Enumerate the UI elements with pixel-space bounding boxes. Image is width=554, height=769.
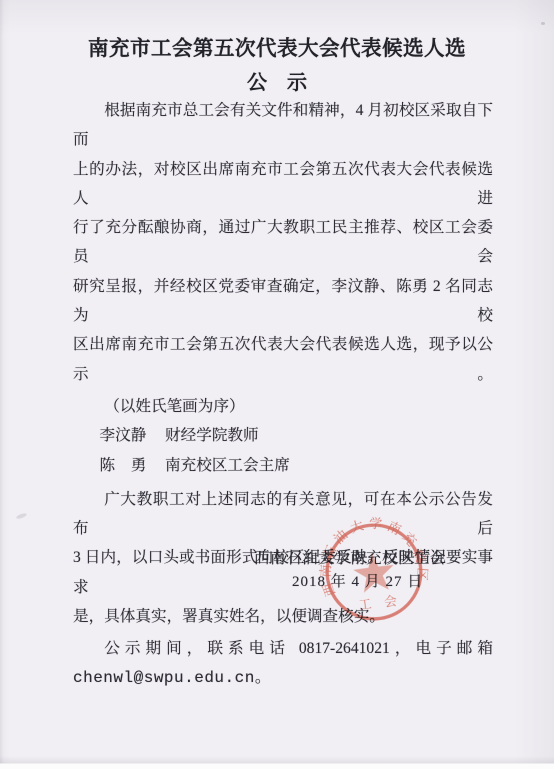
para1-line: 上的办法，对校区出席南充市工会第五次代表大会代表候选人进 — [73, 155, 493, 214]
scanned-notice-page: 南充市工会第五次代表大会代表候选人选 公 示 根据南充市总工会有关文件和精神，4… — [0, 0, 554, 769]
para1-line: 根据南充市总工会有关文件和精神，4 月初校区采取自下而 — [73, 96, 493, 155]
para1-line: 研究呈报，并经校区党委审查确定，李汶静、陈勇 2 名同志为校 — [73, 272, 493, 331]
notice-subtitle: 公 示 — [0, 70, 554, 96]
candidate-name: 陈 勇 — [100, 451, 148, 480]
seal-arc-label: 西南石油大学南充校区 — [312, 510, 434, 599]
candidate-position: 财经学院教师 — [165, 427, 259, 444]
para1-line: 行了充分酝酿协商，通过广大教职工民主推荐、校区工会委员会 — [73, 213, 493, 272]
candidate-position: 南充校区工会主席 — [165, 457, 290, 474]
para2-line: 广大教职工对上述同志的有关意见，可在本公示公告发布后 — [73, 485, 493, 544]
sort-order-note: （以姓氏笔画为序） — [73, 392, 493, 421]
candidate-row: 陈 勇 南充校区工会主席 — [73, 451, 493, 480]
candidate-row: 李汶静 财经学院教师 — [73, 421, 493, 450]
contact-email: chenwl@swpu.edu.cn。 — [73, 664, 493, 693]
official-seal: 西南石油大学南充校区 工 会 — [312, 510, 437, 635]
seal-star-icon — [351, 550, 396, 593]
contact-line: 公示期间，联系电话 0817-2641021，电子邮箱 — [73, 634, 493, 663]
para1-line: 区出席南充市工会第五次代表大会代表候选人选，现予以公示。 — [73, 330, 493, 389]
seal-bottom-label: 工 会 — [358, 593, 398, 613]
candidate-name: 李汶静 — [100, 421, 148, 450]
scan-speck — [16, 512, 28, 520]
scan-speck — [541, 22, 545, 25]
notice-title: 南充市工会第五次代表大会代表候选人选 — [0, 37, 554, 61]
